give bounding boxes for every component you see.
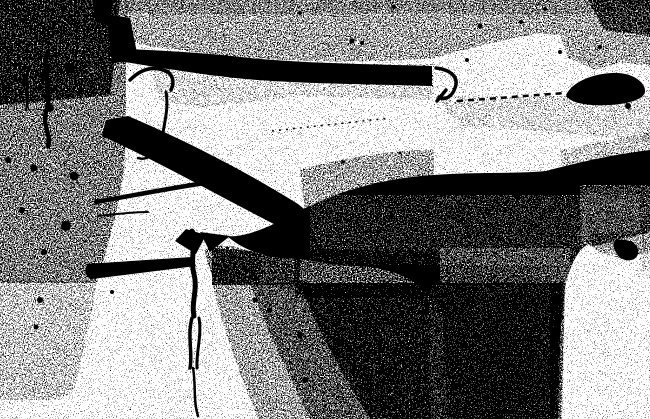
central-pillar: [212, 283, 565, 419]
photo: Grainy high-contrast black and white clo…: [0, 0, 650, 419]
pillar-white-pits: [430, 285, 550, 419]
stone-fissure-squiggle-small: [26, 70, 28, 110]
photo-canvas: [0, 0, 650, 419]
